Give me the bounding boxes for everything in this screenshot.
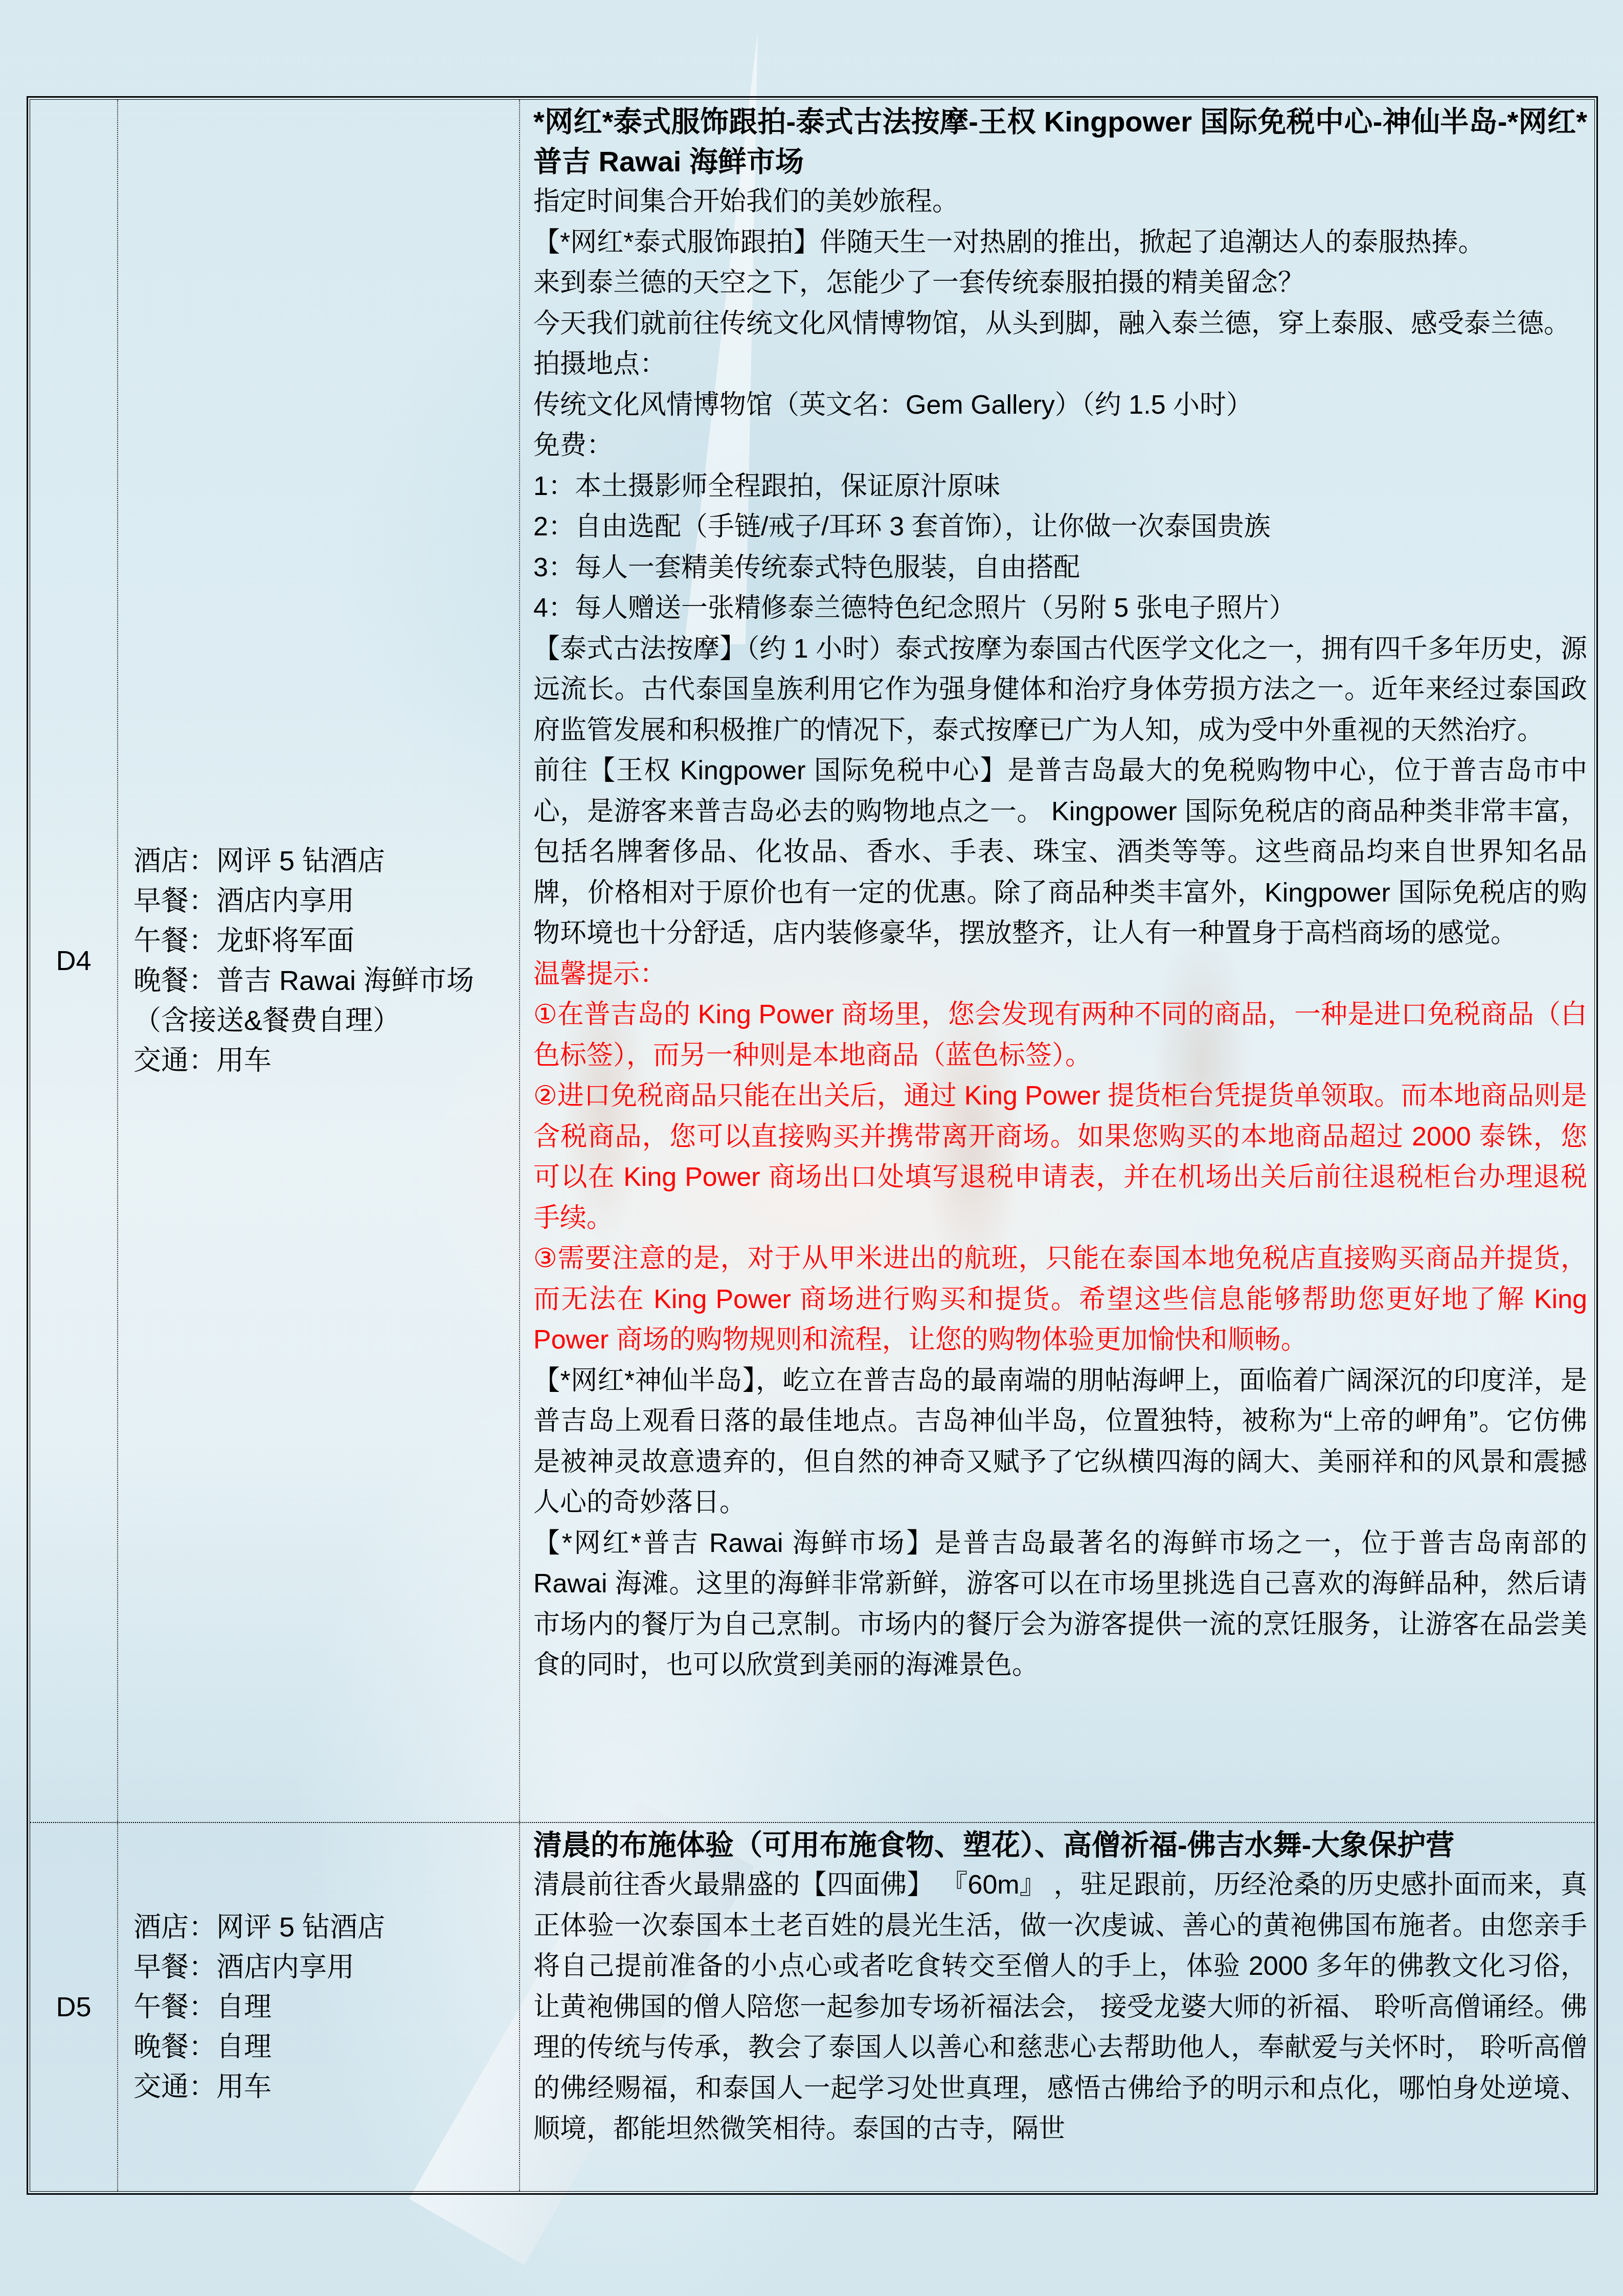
day-label: D5 <box>30 1823 118 2191</box>
paragraph: 传统文化风情博物馆（英文名：Gem Gallery）（约 1.5 小时） <box>533 385 1587 426</box>
breakfast-info: 早餐：酒店内享用 <box>133 881 509 921</box>
lunch-info: 午餐：自理 <box>133 1987 509 2027</box>
list-item: 4：每人赠送一张精修泰兰德特色纪念照片（另附 5 张电子照片） <box>533 588 1587 629</box>
day-summary: 酒店：网评 5 钻酒店 早餐：酒店内享用 午餐：自理 晚餐：自理 交通：用车 <box>118 1823 520 2191</box>
paragraph: 指定时间集合开始我们的美妙旅程。 <box>533 182 1587 222</box>
breakfast-info: 早餐：酒店内享用 <box>133 1947 509 1987</box>
day-detail: 清晨的布施体验（可用布施食物、塑花）、高僧祈福-佛吉水舞-大象保护营 清晨前往香… <box>520 1823 1594 2191</box>
hotel-info: 酒店：网评 5 钻酒店 <box>133 1907 509 1947</box>
list-item: 3：每人一套精美传统泰式特色服装，自由搭配 <box>533 548 1587 589</box>
transport-info: 交通：用车 <box>133 1041 509 1081</box>
day-title: 清晨的布施体验（可用布施食物、塑花）、高僧祈福-佛吉水舞-大象保护营 <box>533 1825 1587 1865</box>
transport-info: 交通：用车 <box>133 2067 509 2107</box>
paragraph: 【*网红*泰式服饰跟拍】伴随天生一对热剧的推出，掀起了追潮达人的泰服热捧。 <box>533 222 1587 263</box>
notice-heading: 温馨提示： <box>533 954 1587 995</box>
day-title: *网红*泰式服饰跟拍-泰式古法按摩-王权 Kingpower 国际免税中心-神仙… <box>533 102 1587 182</box>
hotel-info: 酒店：网评 5 钻酒店 <box>133 841 509 881</box>
dinner-info: 晚餐：自理 <box>133 2027 509 2067</box>
paragraph: 【泰式古法按摩】（约 1 小时）泰式按摩为泰国古代医学文化之一，拥有四千多年历史… <box>533 629 1587 751</box>
itinerary-table: D4 酒店：网评 5 钻酒店 早餐：酒店内享用 午餐：龙虾将军面 晚餐：普吉 R… <box>27 96 1598 2195</box>
itinerary-table-inner: D4 酒店：网评 5 钻酒店 早餐：酒店内享用 午餐：龙虾将军面 晚餐：普吉 R… <box>30 99 1595 2192</box>
day-summary: 酒店：网评 5 钻酒店 早餐：酒店内享用 午餐：龙虾将军面 晚餐：普吉 Rawa… <box>118 100 520 1822</box>
paragraph: 清晨前往香火最鼎盛的【四面佛】 『60m』 ，驻足跟前，历经沧桑的历史感扑面而来… <box>533 1865 1587 2150</box>
list-item: 2：自由选配（手链/戒子/耳环 3 套首饰），让你做一次泰国贵族 <box>533 507 1587 548</box>
paragraph: 前往【王权 Kingpower 国际免税中心】是普吉岛最大的免税购物中心，位于普… <box>533 751 1587 954</box>
lunch-info: 午餐：龙虾将军面 <box>133 921 509 961</box>
list-item: 1：本土摄影师全程跟拍，保证原汁原味 <box>533 466 1587 507</box>
paragraph: 【*网红*普吉 Rawai 海鲜市场】是普吉岛最著名的海鲜市场之一，位于普吉岛南… <box>533 1523 1587 1686</box>
day-label: D4 <box>30 100 118 1822</box>
itinerary-row-d4: D4 酒店：网评 5 钻酒店 早餐：酒店内享用 午餐：龙虾将军面 晚餐：普吉 R… <box>30 100 1594 1822</box>
notice-item: ②进口免税商品只能在出关后，通过 King Power 提货柜台凭提货单领取。而… <box>533 1076 1587 1239</box>
paragraph: 【*网红*神仙半岛】，屹立在普吉岛的最南端的朋帖海岬上，面临着广阔深沉的印度洋，… <box>533 1361 1587 1523</box>
paragraph: 拍摄地点： <box>533 344 1587 385</box>
itinerary-row-d5: D5 酒店：网评 5 钻酒店 早餐：酒店内享用 午餐：自理 晚餐：自理 交通：用… <box>30 1822 1594 2191</box>
paragraph: 今天我们就前往传统文化风情博物馆，从头到脚，融入泰兰德，穿上泰服、感受泰兰德。 <box>533 304 1587 345</box>
notice-item: ①在普吉岛的 King Power 商场里，您会发现有两种不同的商品，一种是进口… <box>533 995 1587 1076</box>
day-detail: *网红*泰式服饰跟拍-泰式古法按摩-王权 Kingpower 国际免税中心-神仙… <box>520 100 1594 1822</box>
notice-item: ③需要注意的是，对于从甲米进出的航班，只能在泰国本地免税店直接购买商品并提货，而… <box>533 1239 1587 1361</box>
dinner-info: 晚餐：普吉 Rawai 海鲜市场（含接送&餐费自理） <box>133 961 509 1041</box>
paragraph: 免费： <box>533 425 1587 466</box>
paragraph: 来到泰兰德的天空之下，怎能少了一套传统泰服拍摄的精美留念？ <box>533 263 1587 304</box>
